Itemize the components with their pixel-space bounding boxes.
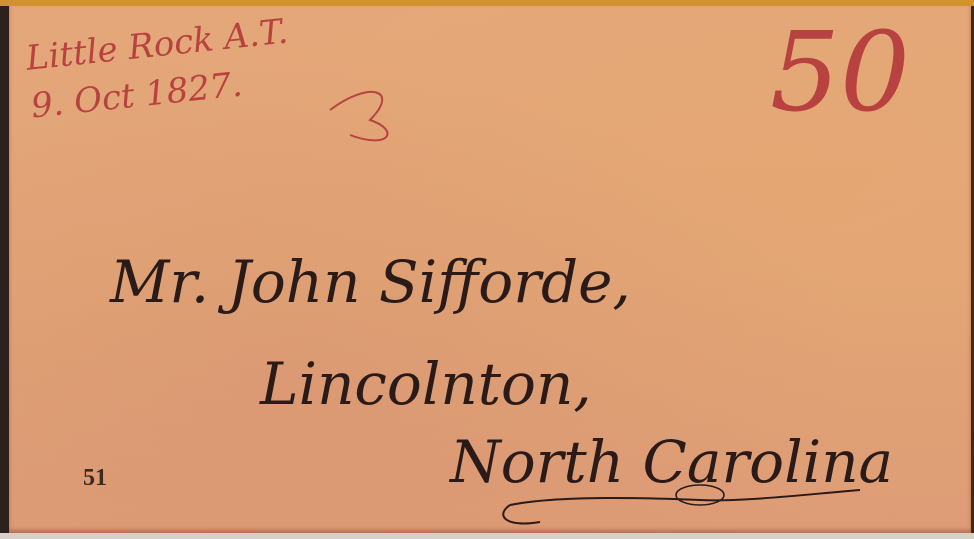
bottom-border <box>0 533 974 539</box>
flourish-strokes <box>0 0 974 539</box>
page-number: 51 <box>83 465 107 492</box>
